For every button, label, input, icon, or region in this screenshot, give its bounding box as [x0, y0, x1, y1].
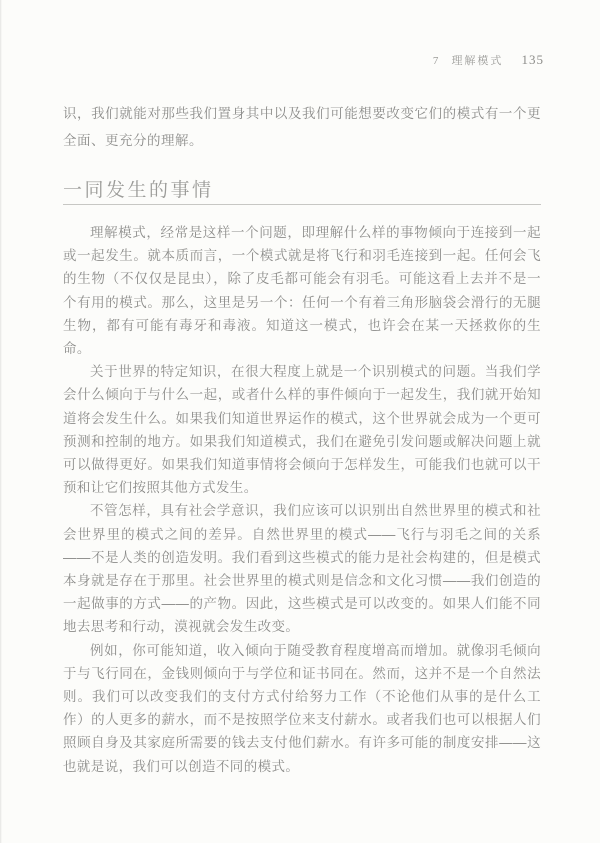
- running-header: 7 理解模式 135: [63, 52, 544, 68]
- page-number: 135: [522, 52, 545, 67]
- body-paragraph: 理解模式，经常是这样一个问题，即理解什么样的事物倾向于连接到一起或一起发生。就本…: [63, 221, 541, 360]
- body-paragraph: 例如，你可能知道，收入倾向于随受教育程度增高而增加。就像羽毛倾向于与飞行同在，金…: [63, 639, 541, 778]
- section-body: 理解模式，经常是这样一个问题，即理解什么样的事物倾向于连接到一起或一起发生。就本…: [63, 221, 541, 778]
- section-heading: 一同发生的事情: [63, 175, 541, 202]
- chapter-title: 理解模式: [451, 55, 503, 67]
- book-page: 7 理解模式 135 识，我们就能对那些我们置身其中以及我们可能想要改变它们的模…: [0, 0, 600, 843]
- body-paragraph: 关于世界的特定知识，在很大程度上就是一个识别模式的问题。当我们学会什么倾向于与什…: [63, 360, 541, 499]
- chapter-number: 7: [433, 55, 440, 67]
- intro-paragraph: 识，我们就能对那些我们置身其中以及我们可能想要改变它们的模式有一个更全面、更充分…: [63, 100, 541, 154]
- body-paragraph: 不管怎样，具有社会学意识，我们应该可以识别出自然世界里的模式和社会世界里的模式之…: [63, 499, 541, 638]
- scan-left-edge: [0, 0, 2, 843]
- section-heading-rule: [63, 204, 541, 205]
